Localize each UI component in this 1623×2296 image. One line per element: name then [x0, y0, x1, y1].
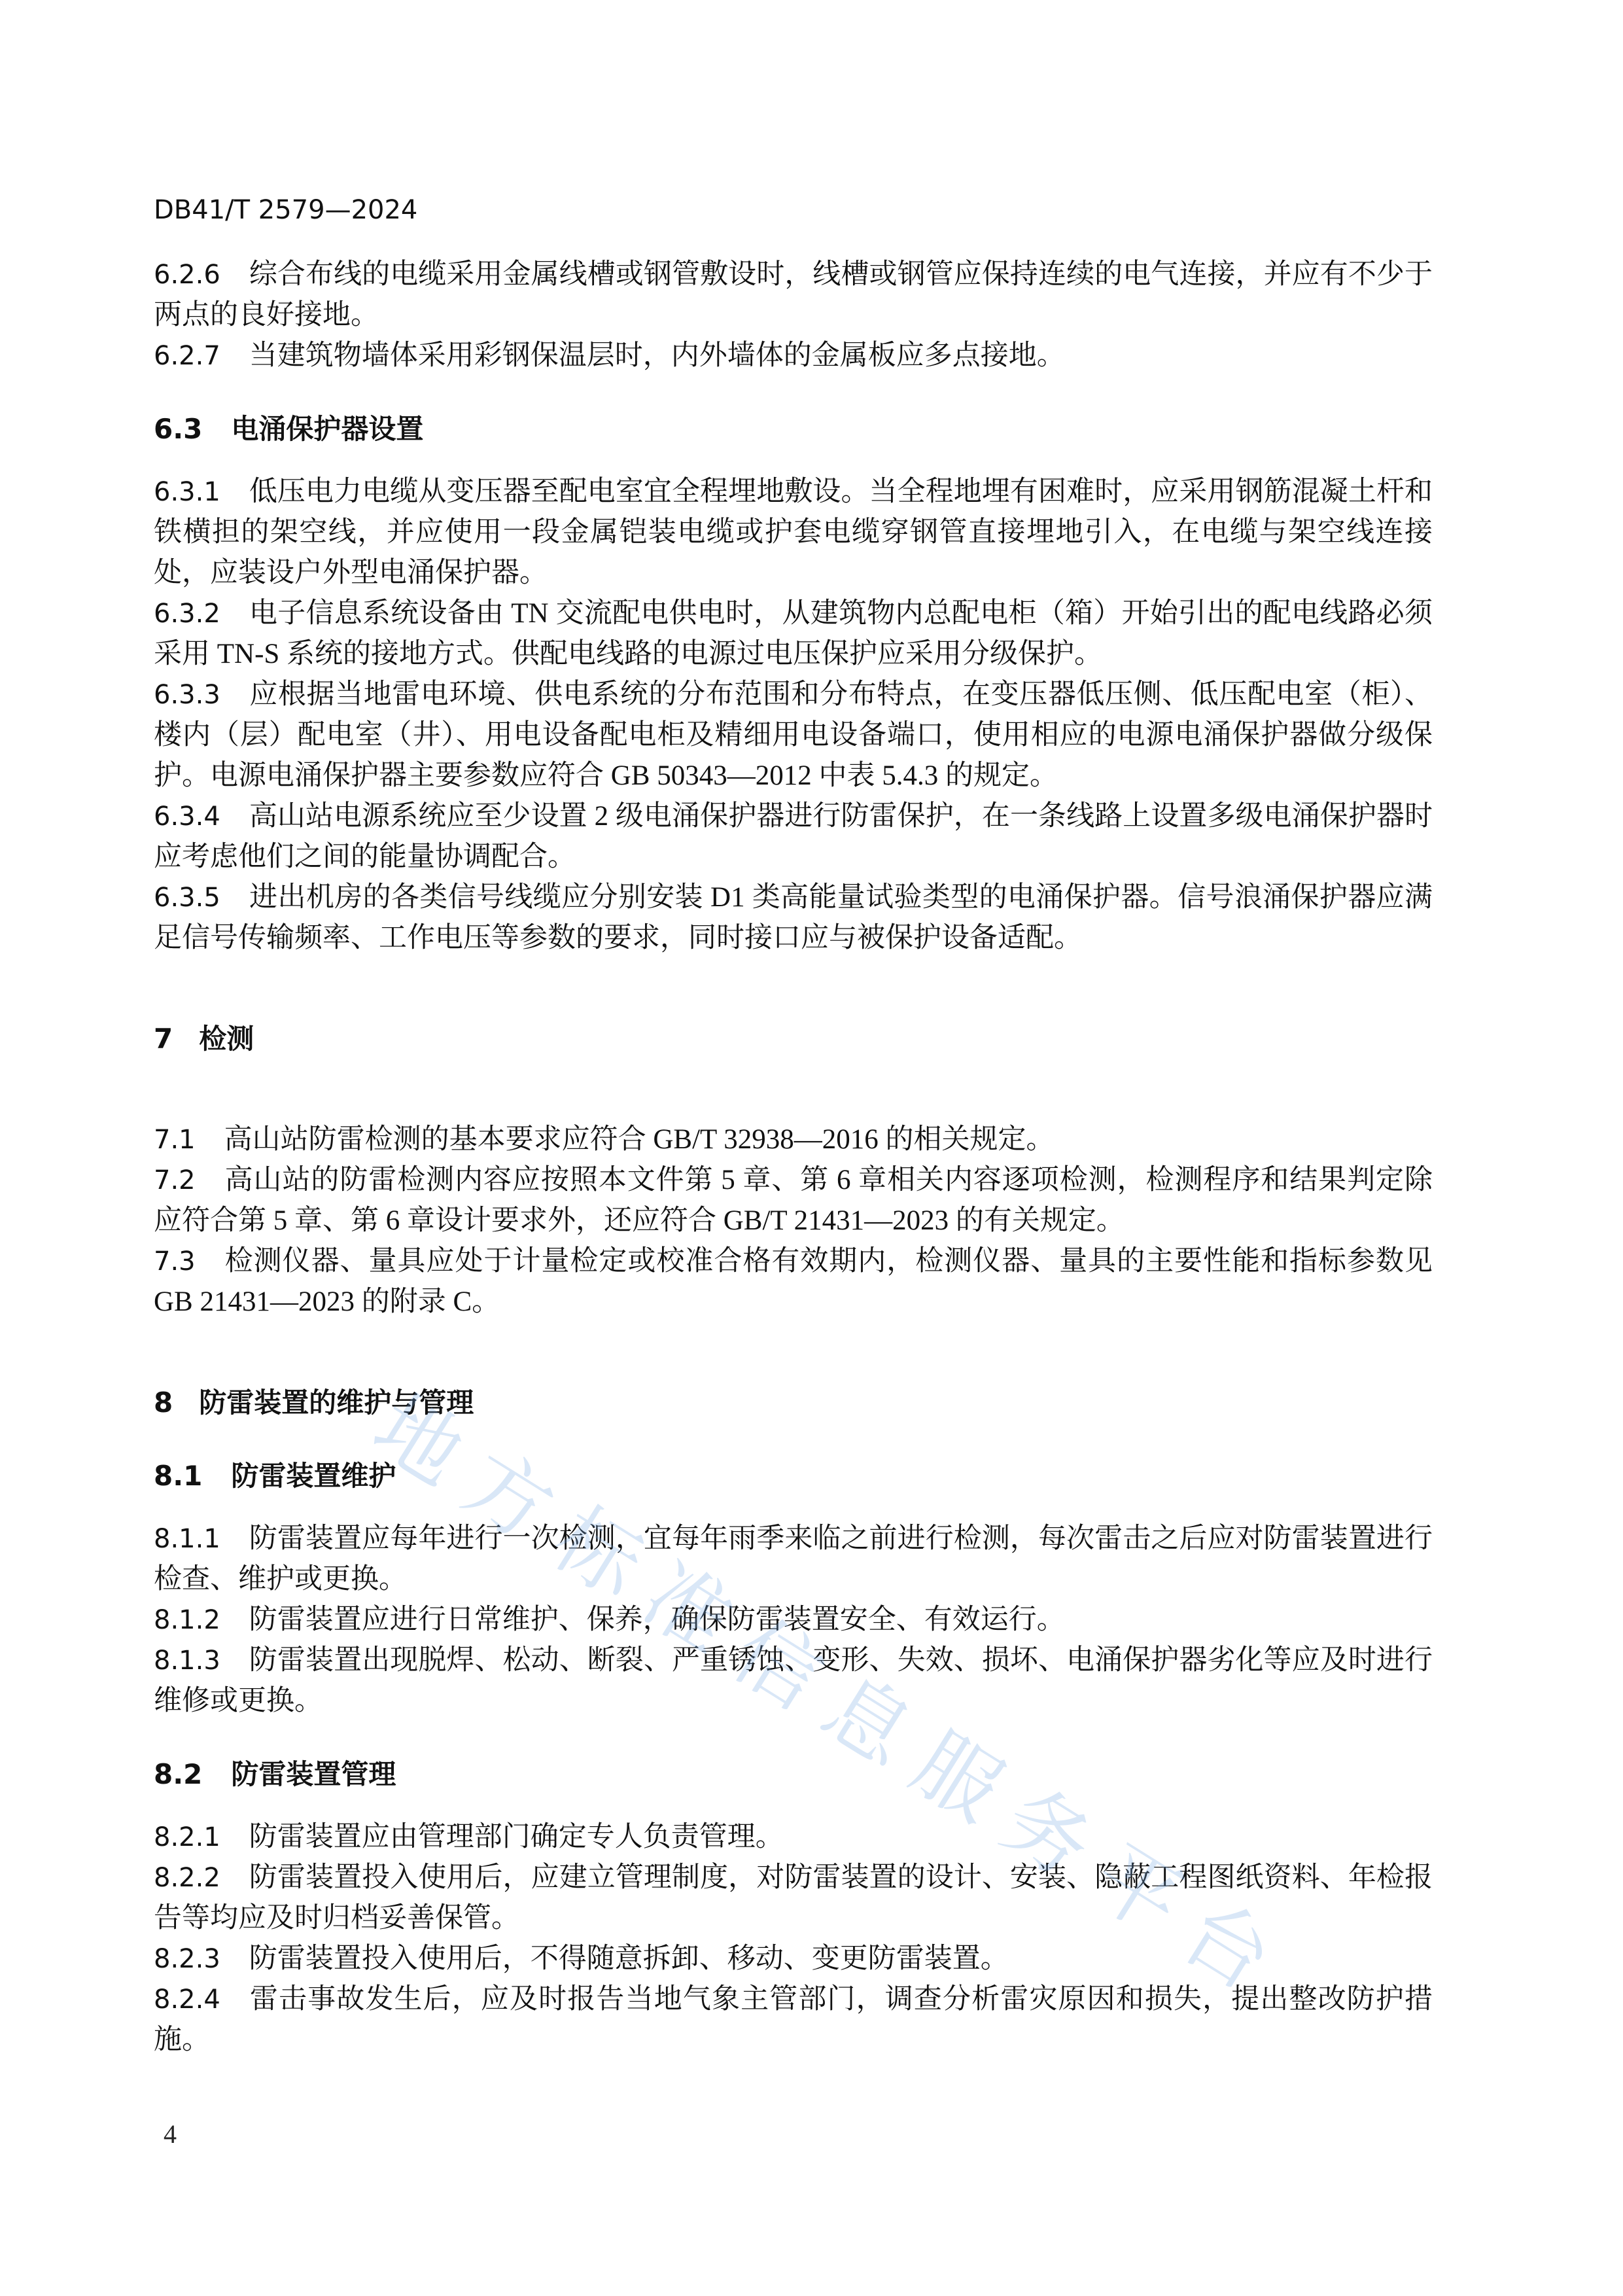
clause-8-2-3: 8.2.3防雷装置投入使用后，不得随意拆卸、移动、变更防雷装置。	[154, 1939, 1433, 1979]
clause-text: 防雷装置投入使用后，不得随意拆卸、移动、变更防雷装置。	[249, 1943, 1009, 1974]
chapter-title: 防雷装置的维护与管理	[199, 1386, 474, 1419]
section-heading-6-3: 6.3电涌保护器设置	[154, 409, 1433, 450]
clause-text: 应根据当地雷电环境、供电系统的分布范围和分布特点，在变压器低压侧、低压配电室（柜…	[154, 679, 1433, 791]
clause-number: 6.3.1	[154, 477, 220, 507]
clause-number: 6.2.6	[154, 260, 220, 290]
clause-text: 进出机房的各类信号线缆应分别安装 D1 类高能量试验类型的电涌保护器。信号浪涌保…	[154, 882, 1433, 953]
spacer	[154, 1322, 1433, 1383]
clause-7-1: 7.1高山站防雷检测的基本要求应符合 GB/T 32938—2016 的相关规定…	[154, 1120, 1433, 1160]
clause-number: 7.1	[154, 1125, 196, 1155]
clause-8-1-2: 8.1.2防雷装置应进行日常维护、保养，确保防雷装置安全、有效运行。	[154, 1600, 1433, 1640]
spacer	[154, 450, 1433, 472]
clause-6-3-1: 6.3.1低压电力电缆从变压器至配电室宜全程埋地敷设。当全程地埋有困难时，应采用…	[154, 472, 1433, 593]
chapter-heading-7: 7检测	[154, 1019, 1433, 1059]
clause-number: 8.1.1	[154, 1524, 220, 1554]
clause-6-2-7: 6.2.7当建筑物墙体采用彩钢保温层时，内外墙体的金属板应多点接地。	[154, 336, 1433, 376]
clause-number: 6.3.5	[154, 883, 220, 913]
spacer	[154, 1722, 1433, 1754]
section-number: 8.1	[154, 1460, 202, 1492]
chapter-number: 8	[154, 1386, 173, 1419]
clause-text: 检测仪器、量具应处于计量检定或校准合格有效期内，检测仪器、量具的主要性能和指标参…	[154, 1246, 1433, 1317]
clause-7-2: 7.2高山站的防雷检测内容应按照本文件第 5 章、第 6 章相关内容逐项检测，检…	[154, 1160, 1433, 1241]
clause-number: 8.2.1	[154, 1822, 220, 1852]
clause-text: 防雷装置应进行日常维护、保养，确保防雷装置安全、有效运行。	[249, 1604, 1065, 1635]
spacer	[154, 1496, 1433, 1519]
clause-text: 综合布线的电缆采用金属线槽或钢管敷设时，线槽或钢管应保持连续的电气连接，并应有不…	[154, 259, 1433, 330]
clause-8-1-3: 8.1.3防雷装置出现脱焊、松动、断裂、严重锈蚀、变形、失效、损坏、电涌保护器劣…	[154, 1640, 1433, 1722]
clause-text: 雷击事故发生后，应及时报告当地气象主管部门，调查分析雷灾原因和损失，提出整改防护…	[154, 1984, 1433, 2055]
clause-6-3-4: 6.3.4高山站电源系统应至少设置 2 级电涌保护器进行防雷保护，在一条线路上设…	[154, 796, 1433, 877]
section-title: 电涌保护器设置	[231, 413, 423, 445]
clause-number: 6.3.3	[154, 680, 220, 710]
chapter-heading-8: 8防雷装置的维护与管理	[154, 1383, 1433, 1423]
clause-7-3: 7.3检测仪器、量具应处于计量检定或校准合格有效期内，检测仪器、量具的主要性能和…	[154, 1241, 1433, 1322]
clause-text: 防雷装置出现脱焊、松动、断裂、严重锈蚀、变形、失效、损坏、电涌保护器劣化等应及时…	[154, 1645, 1433, 1716]
document-code-header: DB41/T 2579—2024	[154, 195, 417, 225]
clause-number: 8.2.2	[154, 1863, 220, 1893]
clause-6-3-5: 6.3.5进出机房的各类信号线缆应分别安装 D1 类高能量试验类型的电涌保护器。…	[154, 877, 1433, 959]
clause-text: 电子信息系统设备由 TN 交流配电供电时，从建筑物内总配电柜（箱）开始引出的配电…	[154, 598, 1433, 669]
clause-text: 当建筑物墙体采用彩钢保温层时，内外墙体的金属板应多点接地。	[249, 340, 1065, 371]
clause-number: 6.3.4	[154, 802, 220, 832]
clause-text: 高山站防雷检测的基本要求应符合 GB/T 32938—2016 的相关规定。	[224, 1124, 1055, 1155]
section-number: 6.3	[154, 413, 202, 445]
clause-number: 8.1.2	[154, 1605, 220, 1635]
clause-text: 防雷装置应由管理部门确定专人负责管理。	[249, 1822, 784, 1852]
clause-number: 8.1.3	[154, 1646, 220, 1676]
clause-8-2-1: 8.2.1防雷装置应由管理部门确定专人负责管理。	[154, 1817, 1433, 1858]
spacer	[154, 376, 1433, 409]
clause-8-2-2: 8.2.2防雷装置投入使用后，应建立管理制度，对防雷装置的设计、安装、隐蔽工程图…	[154, 1858, 1433, 1939]
section-heading-8-2: 8.2防雷装置管理	[154, 1754, 1433, 1795]
clause-6-3-2: 6.3.2电子信息系统设备由 TN 交流配电供电时，从建筑物内总配电柜（箱）开始…	[154, 593, 1433, 675]
section-number: 8.2	[154, 1758, 202, 1790]
spacer	[154, 959, 1433, 1019]
chapter-number: 7	[154, 1023, 173, 1055]
section-title: 防雷装置管理	[231, 1758, 396, 1790]
clause-8-1-1: 8.1.1防雷装置应每年进行一次检测，宜每年雨季来临之前进行检测，每次雷击之后应…	[154, 1519, 1433, 1600]
page-number: 4	[164, 2119, 177, 2149]
clause-6-2-6: 6.2.6综合布线的电缆采用金属线槽或钢管敷设时，线槽或钢管应保持连续的电气连接…	[154, 255, 1433, 336]
clause-number: 6.3.2	[154, 599, 220, 629]
spacer	[154, 232, 1433, 255]
clause-number: 7.3	[154, 1246, 196, 1277]
document-page: DB41/T 2579—2024 6.2.6综合布线的电缆采用金属线槽或钢管敷设…	[0, 0, 1623, 2296]
section-heading-8-1: 8.1防雷装置维护	[154, 1456, 1433, 1496]
clause-number: 7.2	[154, 1165, 196, 1195]
document-body: 6.2.6综合布线的电缆采用金属线槽或钢管敷设时，线槽或钢管应保持连续的电气连接…	[154, 232, 1433, 2060]
clause-text: 高山站电源系统应至少设置 2 级电涌保护器进行防雷保护，在一条线路上设置多级电涌…	[154, 801, 1433, 872]
clause-number: 8.2.4	[154, 1985, 220, 2015]
clause-text: 高山站的防雷检测内容应按照本文件第 5 章、第 6 章相关内容逐项检测，检测程序…	[154, 1165, 1433, 1236]
clause-text: 防雷装置应每年进行一次检测，宜每年雨季来临之前进行检测，每次雷击之后应对防雷装置…	[154, 1523, 1433, 1595]
spacer	[154, 1423, 1433, 1456]
clause-text: 低压电力电缆从变压器至配电室宜全程埋地敷设。当全程地埋有困难时，应采用钢筋混凝土…	[154, 476, 1433, 588]
clause-8-2-4: 8.2.4雷击事故发生后，应及时报告当地气象主管部门，调查分析雷灾原因和损失，提…	[154, 1979, 1433, 2060]
section-title: 防雷装置维护	[231, 1460, 396, 1492]
clause-number: 8.2.3	[154, 1944, 220, 1974]
clause-number: 6.2.7	[154, 341, 220, 371]
spacer	[154, 1795, 1433, 1817]
spacer	[154, 1059, 1433, 1120]
chapter-title: 检测	[199, 1023, 254, 1055]
clause-text: 防雷装置投入使用后，应建立管理制度，对防雷装置的设计、安装、隐蔽工程图纸资料、年…	[154, 1862, 1433, 1934]
clause-6-3-3: 6.3.3应根据当地雷电环境、供电系统的分布范围和分布特点，在变压器低压侧、低压…	[154, 675, 1433, 796]
